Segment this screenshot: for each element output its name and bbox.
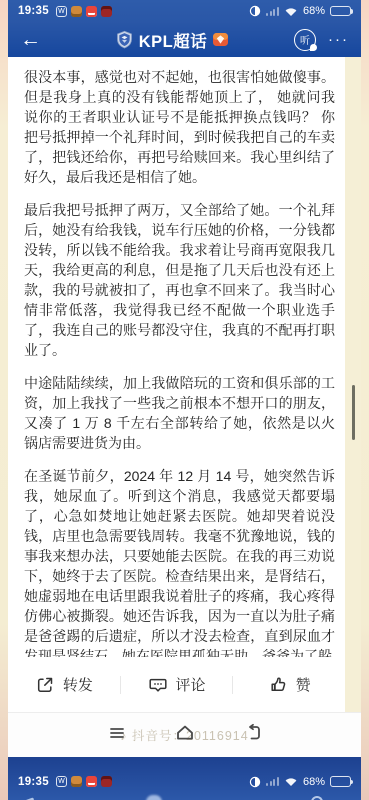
app-notification-icon <box>101 6 112 17</box>
like-button[interactable]: 赞 <box>233 674 345 695</box>
back-nav-button[interactable] <box>242 722 264 749</box>
post-container: 很没本事，感觉也对不起她，也很害怕她做傻事。但是我身上真的没有钱能帮她顶上了， … <box>8 57 361 712</box>
wifi-icon <box>284 6 298 17</box>
status-bar-top: 19:35 W 68% <box>8 0 361 22</box>
home-nav-button[interactable] <box>174 722 196 749</box>
scrollbar[interactable] <box>352 385 355 440</box>
data-saver-icon <box>249 5 261 17</box>
battery-percent: 68% <box>303 5 325 17</box>
listen-audio-button[interactable]: 听 <box>294 29 316 51</box>
app-notification-icon: W <box>56 776 67 787</box>
back-button[interactable]: ← <box>20 29 50 50</box>
page-edge-gutter <box>345 57 361 712</box>
app-notification-icon <box>86 776 97 787</box>
app-notification-icon <box>86 6 97 17</box>
app-notification-icon <box>71 6 82 17</box>
signal-icon <box>266 7 279 16</box>
comment-icon <box>148 675 168 695</box>
action-toolbar: 转发 评论 <box>8 657 345 712</box>
app-notification-icon: W <box>56 6 67 17</box>
post-paragraph: 在圣诞节前夕，2024 年 12 月 14 号，她突然告诉我，她尿血了。听到这个… <box>24 466 335 657</box>
partial-logo-hint <box>146 795 162 800</box>
repost-button[interactable]: 转发 <box>8 674 120 695</box>
battery-percent: 68% <box>303 776 325 788</box>
clock: 19:35 <box>18 5 49 17</box>
more-menu-button[interactable]: ··· <box>328 31 349 48</box>
phone-screen: 19:35 W 68% ← KPL超话 <box>8 0 361 800</box>
battery-icon <box>330 776 351 787</box>
post-paragraph: 中途陆陆续续，加上我做陪玩的工资和俱乐部的工资，加上我找了一些我之前根本不想开口… <box>24 373 335 453</box>
menu-nav-button[interactable] <box>106 722 128 749</box>
comment-label: 评论 <box>176 674 206 695</box>
listen-label: 听 <box>300 32 310 47</box>
repost-icon <box>35 675 55 695</box>
battery-icon <box>330 6 351 17</box>
post-text: 很没本事，感觉也对不起她，也很害怕她做傻事。但是我身上真的没有钱能帮她顶上了， … <box>8 57 345 657</box>
notification-icons: W <box>56 6 112 17</box>
like-thumbsup-icon <box>268 675 288 695</box>
post-paragraph: 最后我把号抵押了两万，又全部给了她。一个礼拜后，她没有给我钱，说车行压她的价格，… <box>24 200 335 360</box>
comment-button[interactable]: 评论 <box>121 674 233 695</box>
signal-icon <box>266 777 279 786</box>
app-notification-icon <box>71 776 82 787</box>
page-title[interactable]: KPL超话 <box>139 28 208 52</box>
post-paragraph: 很没本事，感觉也对不起她，也很害怕她做傻事。但是我身上真的没有钱能帮她顶上了， … <box>24 67 335 187</box>
kpl-logo-icon <box>115 30 134 49</box>
supertopic-badge-icon <box>212 32 229 47</box>
clock: 19:35 <box>18 776 49 788</box>
like-label: 赞 <box>296 674 311 695</box>
repost-label: 转发 <box>63 674 93 695</box>
nav-bar: ← KPL超话 听 ··· <box>8 22 361 57</box>
system-nav-strip: ♪ 抖音号：20116914 <box>8 712 361 757</box>
notification-icons: W <box>56 776 112 787</box>
data-saver-icon <box>249 776 261 788</box>
app-notification-icon <box>101 776 112 787</box>
status-bar-bottom: 19:35 W 68% <box>8 757 361 800</box>
partial-headphone-hint <box>311 796 323 800</box>
wifi-icon <box>284 776 298 787</box>
